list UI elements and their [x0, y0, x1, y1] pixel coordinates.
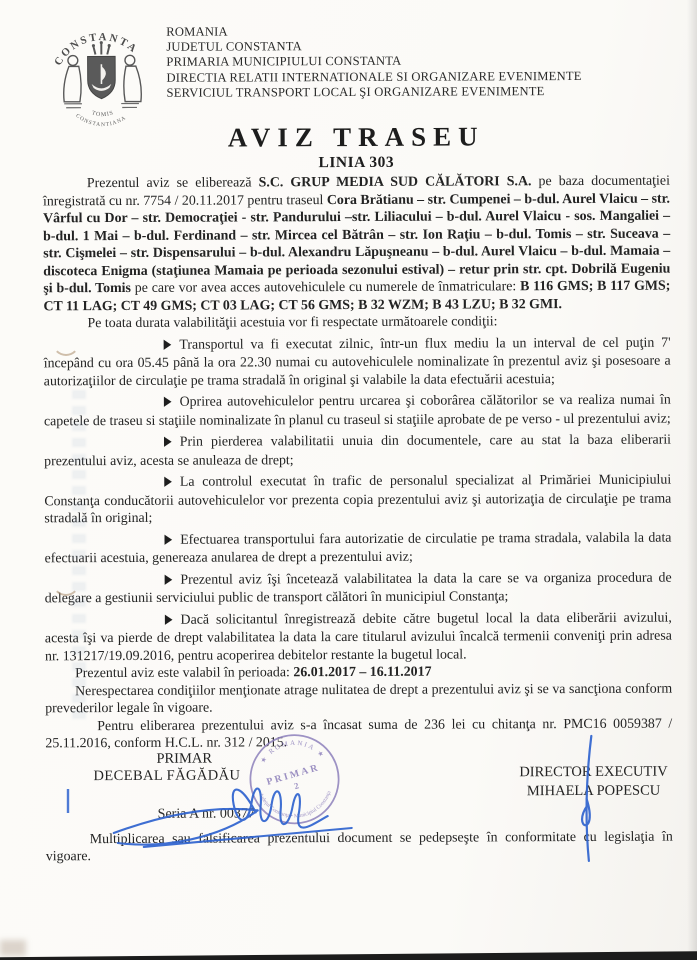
ink-bleed-artifact — [72, 390, 86, 720]
constanta-coat-of-arms-icon: CONSTANTA TOMIS — [42, 19, 161, 138]
country-line: ROMANIA — [166, 23, 581, 40]
letterhead: CONSTANTA TOMIS — [42, 15, 670, 138]
text-segment: S.C. GRUP MEDIA SUD CĂLĂTORI S.A. — [259, 174, 532, 190]
cityhall-line: PRIMARIA MUNICIPIULUI CONSTANTA — [166, 53, 581, 70]
condition-item: ▶Efectuarea transportului fara autorizat… — [44, 529, 671, 568]
service-line: SERVICIUL TRANSPORT LOCAL ŞI ORGANIZARE … — [166, 84, 581, 101]
condition-item: ▶Oprirea autovehiculelor pentru urcarea … — [44, 392, 671, 431]
text-segment: pe care vor avea acces autovehiculele cu… — [131, 279, 520, 296]
condition-item: ▶Prin pierderea valabilitatii unuia din … — [44, 432, 671, 471]
text-segment: Prezentul aviz este valabil în perioada: — [75, 665, 293, 681]
signature-block: PRIMAR DECEBAL FĂGĂDĂU DIRECTOR EXECUTIV… — [45, 750, 672, 831]
bullet-arrow-icon: ▶ — [104, 390, 172, 414]
directorate-line: DIRECTIA RELATII INTERNATIONALE SI ORGAN… — [166, 69, 581, 86]
document-content: CONSTANTA TOMIS — [0, 0, 697, 866]
text-segment: 26.01.2017 – 16.11.2017 — [293, 665, 431, 681]
county-line: JUDETUL CONSTANTA — [166, 38, 581, 55]
condition-item: ▶Prezentul aviz îşi încetează valabilita… — [45, 569, 672, 608]
condition-item: ▶Transportul va fi executat zilnic, într… — [44, 334, 671, 390]
bullet-arrow-icon: ▶ — [105, 568, 173, 592]
scanned-document-page: CONSTANTA TOMIS — [0, 0, 697, 960]
scan-edge-bar — [0, 951, 697, 960]
text-segment: Prezentul aviz se eliberează — [87, 175, 259, 191]
line-number: LINIA 303 — [43, 153, 670, 174]
scan-edge-shadow — [687, 0, 697, 960]
condition-item: ▶La controlul executat în trafic de pers… — [44, 472, 671, 528]
mayor-role-label: PRIMAR — [156, 750, 212, 767]
condition-item: ▶Dacă solicitantul înregistrează debite … — [45, 609, 672, 665]
bullet-arrow-icon: ▶ — [105, 608, 173, 632]
bullet-arrow-icon: ▶ — [104, 430, 172, 454]
issuing-authority-lines: ROMANIA JUDETUL CONSTANTA PRIMARIA MUNIC… — [166, 23, 582, 101]
svg-text:TOMIS: TOMIS — [91, 110, 115, 118]
bullet-arrow-icon: ▶ — [104, 333, 172, 357]
mayor-signature-ink — [109, 765, 359, 852]
scan-artifact — [0, 940, 26, 956]
blue-pen-tick-mark — [64, 788, 72, 814]
bullet-arrow-icon: ▶ — [104, 528, 172, 552]
bullet-arrow-icon: ▶ — [104, 470, 172, 494]
conditions-intro: Pe toata durata valabilităţii acestuia v… — [43, 313, 670, 333]
director-signature-ink — [565, 732, 610, 864]
nullity-clause: Nerespectarea condiţiilor menţionate atr… — [45, 680, 672, 718]
intro-paragraph: Prezentul aviz se eliberează S.C. GRUP M… — [43, 173, 671, 316]
emblem-bottom-text-1: TOMIS — [91, 110, 115, 118]
